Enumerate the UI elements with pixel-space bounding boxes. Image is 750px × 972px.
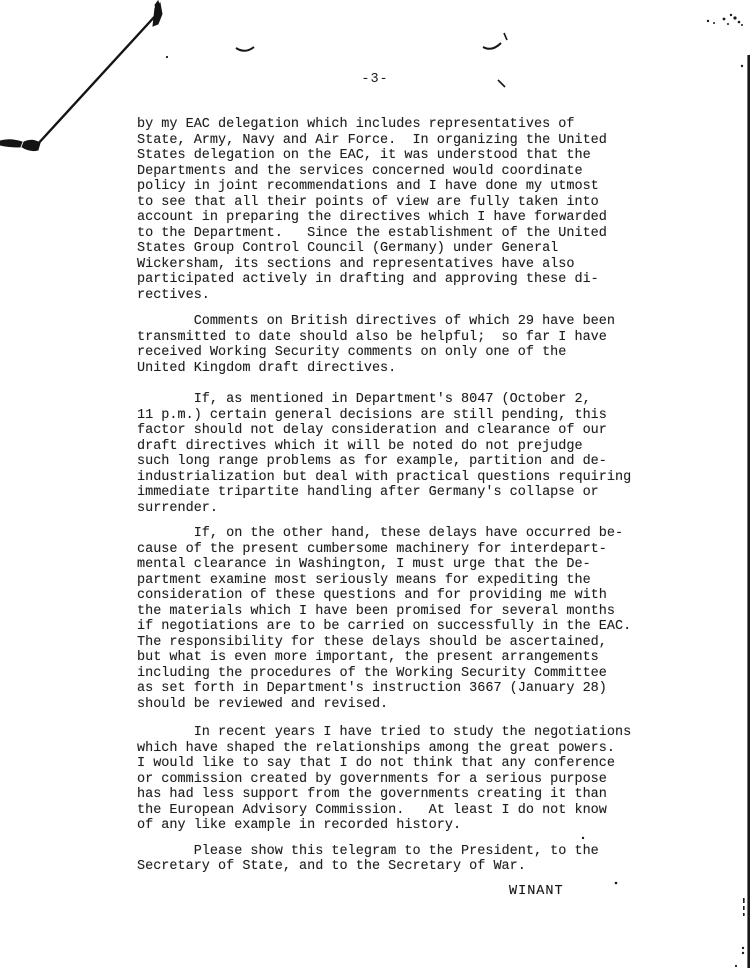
paragraph: If, as mentioned in Department's 8047 (O…: [137, 392, 631, 516]
paragraph: Please show this telegram to the Preside…: [137, 844, 631, 875]
document-body: by my EAC delegation which includes repr…: [137, 117, 631, 875]
paragraph: If, on the other hand, these delays have…: [137, 526, 631, 712]
signature: WINANT: [509, 884, 564, 899]
document-page: -3- by my EAC delegation which includes …: [0, 0, 750, 972]
check-mark-left: [236, 47, 254, 51]
check-mark-right: [483, 43, 501, 49]
page-number: -3-: [0, 72, 750, 87]
paragraph: In recent years I have tried to study th…: [137, 725, 631, 834]
apostrophe-mark: [504, 33, 507, 40]
paragraph: Comments on British directives of which …: [137, 314, 631, 376]
paragraph: by my EAC delegation which includes repr…: [137, 117, 631, 303]
